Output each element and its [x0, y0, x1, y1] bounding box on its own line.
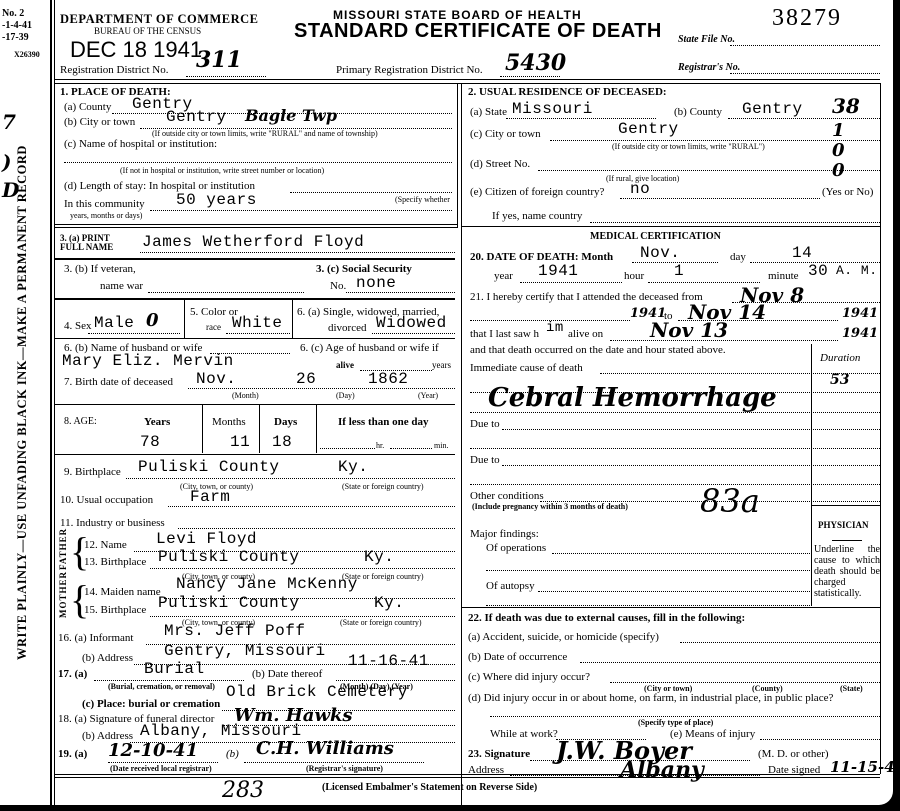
father-birthplace-city: Puliski County [158, 548, 299, 566]
state-file-number: 38279 [772, 5, 842, 32]
citizen-value: no [630, 180, 650, 198]
primary-district-value: 5430 [505, 50, 566, 76]
burial-date-label: (b) Date thereof [252, 668, 322, 680]
father-name: Levi Floyd [156, 530, 257, 548]
yes-no-label: (Yes or No) [822, 186, 873, 198]
informant-label: 16. (a) Informant [58, 632, 133, 644]
margin-mark: 7 [2, 110, 16, 134]
duration-value: 53 [830, 372, 849, 388]
day-caption: (Day) [336, 391, 355, 400]
year-label: year [494, 270, 513, 282]
race-value: White [232, 314, 283, 332]
other-conditions-label: Other conditions [470, 490, 544, 502]
md-suffix: (M. D. or other) [758, 748, 829, 760]
registrar-signature: C.H. Williams [256, 738, 394, 759]
duration-label: Duration [820, 352, 860, 364]
injury-place-label: (d) Did injury occur in or about home, o… [468, 692, 833, 704]
due-to-1-label: Due to [470, 418, 500, 430]
age-days-label: Days [274, 416, 297, 428]
certify-label: 21. I hereby certify that I attended the… [470, 291, 703, 303]
form-revision-1: -1-4-41 [2, 20, 32, 31]
sex-value: Male [94, 314, 134, 332]
underline-note: Underline the cause to which death shoul… [814, 544, 880, 599]
dod-month: Nov. [640, 244, 680, 262]
year-to: 1941 [842, 306, 878, 321]
am-pm: A. M. [836, 263, 878, 278]
mother-birthplace-city: Puliski County [158, 594, 299, 612]
community-value: 50 years [176, 191, 257, 209]
mother-birthplace-state: Ky. [374, 594, 404, 612]
city-label: (b) City or town [64, 116, 135, 128]
registrar-label: Registrar's No. [678, 62, 740, 73]
place-type-caption: (Specify type of place) [638, 718, 713, 727]
other-conditions-note: (Include pregnancy within 3 months of de… [472, 502, 628, 511]
ink-instruction: WRITE PLAINLY—USE UNFADING BLACK INK—MAK… [15, 145, 30, 660]
color-label: 5. Color or [190, 306, 238, 318]
burial-value: Burial [144, 660, 205, 678]
marital-value: Widowed [376, 314, 447, 332]
informant-address: Gentry, Missouri [164, 642, 326, 660]
informant-value: Mrs. Jeff Poff [164, 622, 305, 640]
community-label: In this community [64, 198, 145, 210]
community-note: years, months or days) [70, 211, 142, 220]
race-label: race [206, 322, 221, 332]
last-saw-label: that I last saw h [470, 328, 539, 340]
department: DEPARTMENT OF COMMERCE [60, 12, 259, 27]
hour-label: hour [624, 270, 644, 282]
divorced-label: divorced [328, 322, 366, 334]
physician-label: PHYSICIAN [818, 520, 869, 530]
veteran-label: 3. (b) If veteran, [64, 263, 136, 275]
mother-name-label: 14. Maiden name [84, 586, 161, 598]
spouse-age-label: 6. (c) Age of husband or wife if [300, 342, 439, 354]
margin-mark: 0 [832, 160, 845, 181]
age-months: 11 [230, 433, 250, 451]
informant-address-label: (b) Address [82, 652, 133, 664]
age-years-label: Years [144, 416, 170, 428]
registration-district-value: 311 [196, 47, 242, 73]
month-caption: (Month) [232, 391, 259, 400]
occupation-value: Farm [190, 488, 230, 506]
form-number: No. 2 [2, 8, 24, 19]
sex-label: 4. Sex [64, 320, 92, 332]
form-code: X26390 [14, 50, 40, 59]
last-saw-date: Nov 13 [650, 318, 728, 342]
burial-place-value: Old Brick Cemetery [226, 683, 408, 701]
birth-year: 1862 [368, 370, 408, 388]
due-to-2-label: Due to [470, 454, 500, 466]
hospital-label: (c) Name of hospital or institution: [64, 138, 217, 150]
dod-hour: 1 [674, 262, 684, 280]
margin-rule [50, 0, 52, 805]
last-saw-year: 1941 [842, 326, 878, 341]
registrar-sig-caption: (Registrar's signature) [306, 764, 383, 773]
state-caption: (State or foreign country) [340, 618, 422, 627]
birthplace-state: Ky. [338, 458, 368, 476]
occupation-label: 10. Usual occupation [60, 494, 153, 506]
hours-label: hr. [376, 441, 384, 450]
birth-month: Nov. [196, 370, 236, 388]
medical-heading: MEDICAL CERTIFICATION [590, 231, 721, 242]
bureau: BUREAU OF THE CENSUS [94, 26, 201, 36]
operations-label: Of operations [486, 542, 546, 554]
county-label: (a) County [64, 101, 111, 113]
year-caption: (Year) [418, 391, 438, 400]
immediate-cause-label: Immediate cause of death [470, 362, 583, 374]
mother-tag: MOTHER [58, 571, 68, 618]
code-mark: 83a [700, 482, 760, 520]
date-received-caption: (Date received local registrar) [110, 764, 212, 773]
spouse-value: Mary Eliz. Mervin [62, 352, 234, 370]
dod-day: 14 [792, 244, 812, 262]
birthplace-label: 9. Birthplace [64, 466, 121, 478]
street-label: (d) Street No. [470, 158, 530, 170]
occurred-note: and that death occurred on the date and … [470, 344, 726, 356]
burial-label: 17. (a) [58, 668, 87, 680]
res-state-label: (a) State [470, 106, 507, 118]
registrar-label-a: 19. (a) [58, 748, 87, 760]
autopsy-label: Of autopsy [486, 580, 535, 592]
full-name: James Wetherford Floyd [142, 233, 364, 251]
residence-heading: 2. USUAL RESIDENCE OF DECEASED: [468, 86, 667, 98]
father-name-label: 12. Name [84, 539, 127, 551]
at-work-label: While at work? [490, 728, 558, 740]
last-saw-suffix: im [546, 320, 564, 336]
mother-name: Nancy Jane McKenny [176, 575, 358, 593]
res-county-value: Gentry [742, 100, 803, 118]
father-tag: FATHER [58, 528, 68, 570]
res-city-value: Gentry [618, 120, 679, 138]
death-certificate: No. 2 -1-4-41 -17-39 X26390 7 ) D WRITE … [0, 0, 893, 805]
margin-mark: 0 [832, 140, 845, 161]
specify-note: (Specify whether [395, 195, 450, 204]
date-received: 12-10-41 [108, 740, 198, 761]
city-note: (If outside city or town limits, write "… [152, 129, 378, 138]
death-city-value: Gentry [166, 108, 227, 126]
years-label: years [432, 360, 451, 370]
birthplace-city: Puliski County [138, 458, 279, 476]
major-findings-label: Major findings: [470, 528, 539, 540]
date-signed-label: Date signed [768, 764, 820, 776]
minutes-label: min. [434, 441, 448, 450]
name-label-b: FULL NAME [60, 243, 113, 252]
birth-label: 7. Birth date of deceased [64, 376, 173, 388]
county-code-mark: 38 [832, 94, 860, 118]
ss-no-label: No. [330, 280, 346, 292]
ss-value: none [356, 274, 396, 292]
external-heading: 22. If death was due to external causes,… [468, 612, 745, 624]
res-city-label: (c) City or town [470, 128, 541, 140]
margin-mark: 1 [832, 120, 845, 141]
less-than-day-label: If less than one day [338, 416, 428, 428]
day-label: day [730, 251, 746, 263]
registrar-label-b: (b) [226, 748, 239, 760]
accident-label: (a) Accident, suicide, or homicide (spec… [468, 631, 659, 643]
date-signed-value: 11-15-41 [830, 758, 900, 776]
minute-label: minute [768, 270, 799, 282]
burial-caption: (Burial, cremation, or removal) [108, 682, 215, 691]
margin-mark: 0 [146, 310, 159, 331]
age-months-label: Months [212, 416, 246, 428]
burial-date-value: 11-16-41 [348, 652, 429, 670]
margin-rule [54, 0, 55, 805]
state-file-label: State File No. [678, 34, 735, 45]
burial-place-label: (c) Place: burial or cremation [82, 698, 220, 710]
physician-address-label: Address [468, 764, 504, 776]
physician-address-value: Albany [620, 757, 704, 783]
state-caption: (State or foreign country) [342, 482, 424, 491]
form-revision-2: -17-39 [2, 32, 29, 43]
page-mark: 283 [222, 778, 264, 803]
registration-district-label: Registration District No. [60, 64, 168, 76]
where-label: (c) Where did injury occur? [468, 671, 590, 683]
country-label: If yes, name country [492, 210, 582, 222]
age-label: 8. AGE: [64, 416, 97, 427]
primary-district-label: Primary Registration District No. [336, 64, 483, 76]
signature-label: 23. Signature [468, 748, 530, 760]
citizen-label: (e) Citizen of foreign country? [470, 186, 604, 198]
immediate-cause-value: Cebral Hemorrhage [488, 383, 777, 413]
res-county-label: (b) County [674, 106, 722, 118]
where-state-caption: (State) [840, 684, 863, 693]
res-city-note: (If outside city or town limits, write "… [612, 142, 765, 151]
war-label: name war [100, 280, 143, 292]
certificate-title: STANDARD CERTIFICATE OF DEATH [294, 20, 662, 43]
alive-on-label: alive on [568, 328, 603, 340]
mother-birthplace-label: 15. Birthplace [84, 604, 146, 616]
margin-mark: ) [2, 150, 11, 174]
age-years: 78 [140, 433, 160, 451]
father-birthplace-label: 13. Birthplace [84, 556, 146, 568]
father-birthplace-state: Ky. [364, 548, 394, 566]
res-state-value: Missouri [512, 100, 593, 118]
age-days: 18 [272, 433, 292, 451]
dod-minute: 30 [808, 262, 828, 280]
hospital-note: (If not in hospital or institution, writ… [120, 166, 324, 175]
birth-day: 26 [296, 370, 316, 388]
alive-label: alive [336, 360, 354, 370]
reverse-note: (Licensed Embalmer's Statement on Revers… [322, 782, 537, 793]
dod-year: 1941 [538, 262, 578, 280]
township-annotation: Bagle Twp [245, 106, 337, 125]
occurrence-date-label: (b) Date of occurrence [468, 651, 567, 663]
received-stamp: DEC 18 1941 [70, 37, 202, 63]
